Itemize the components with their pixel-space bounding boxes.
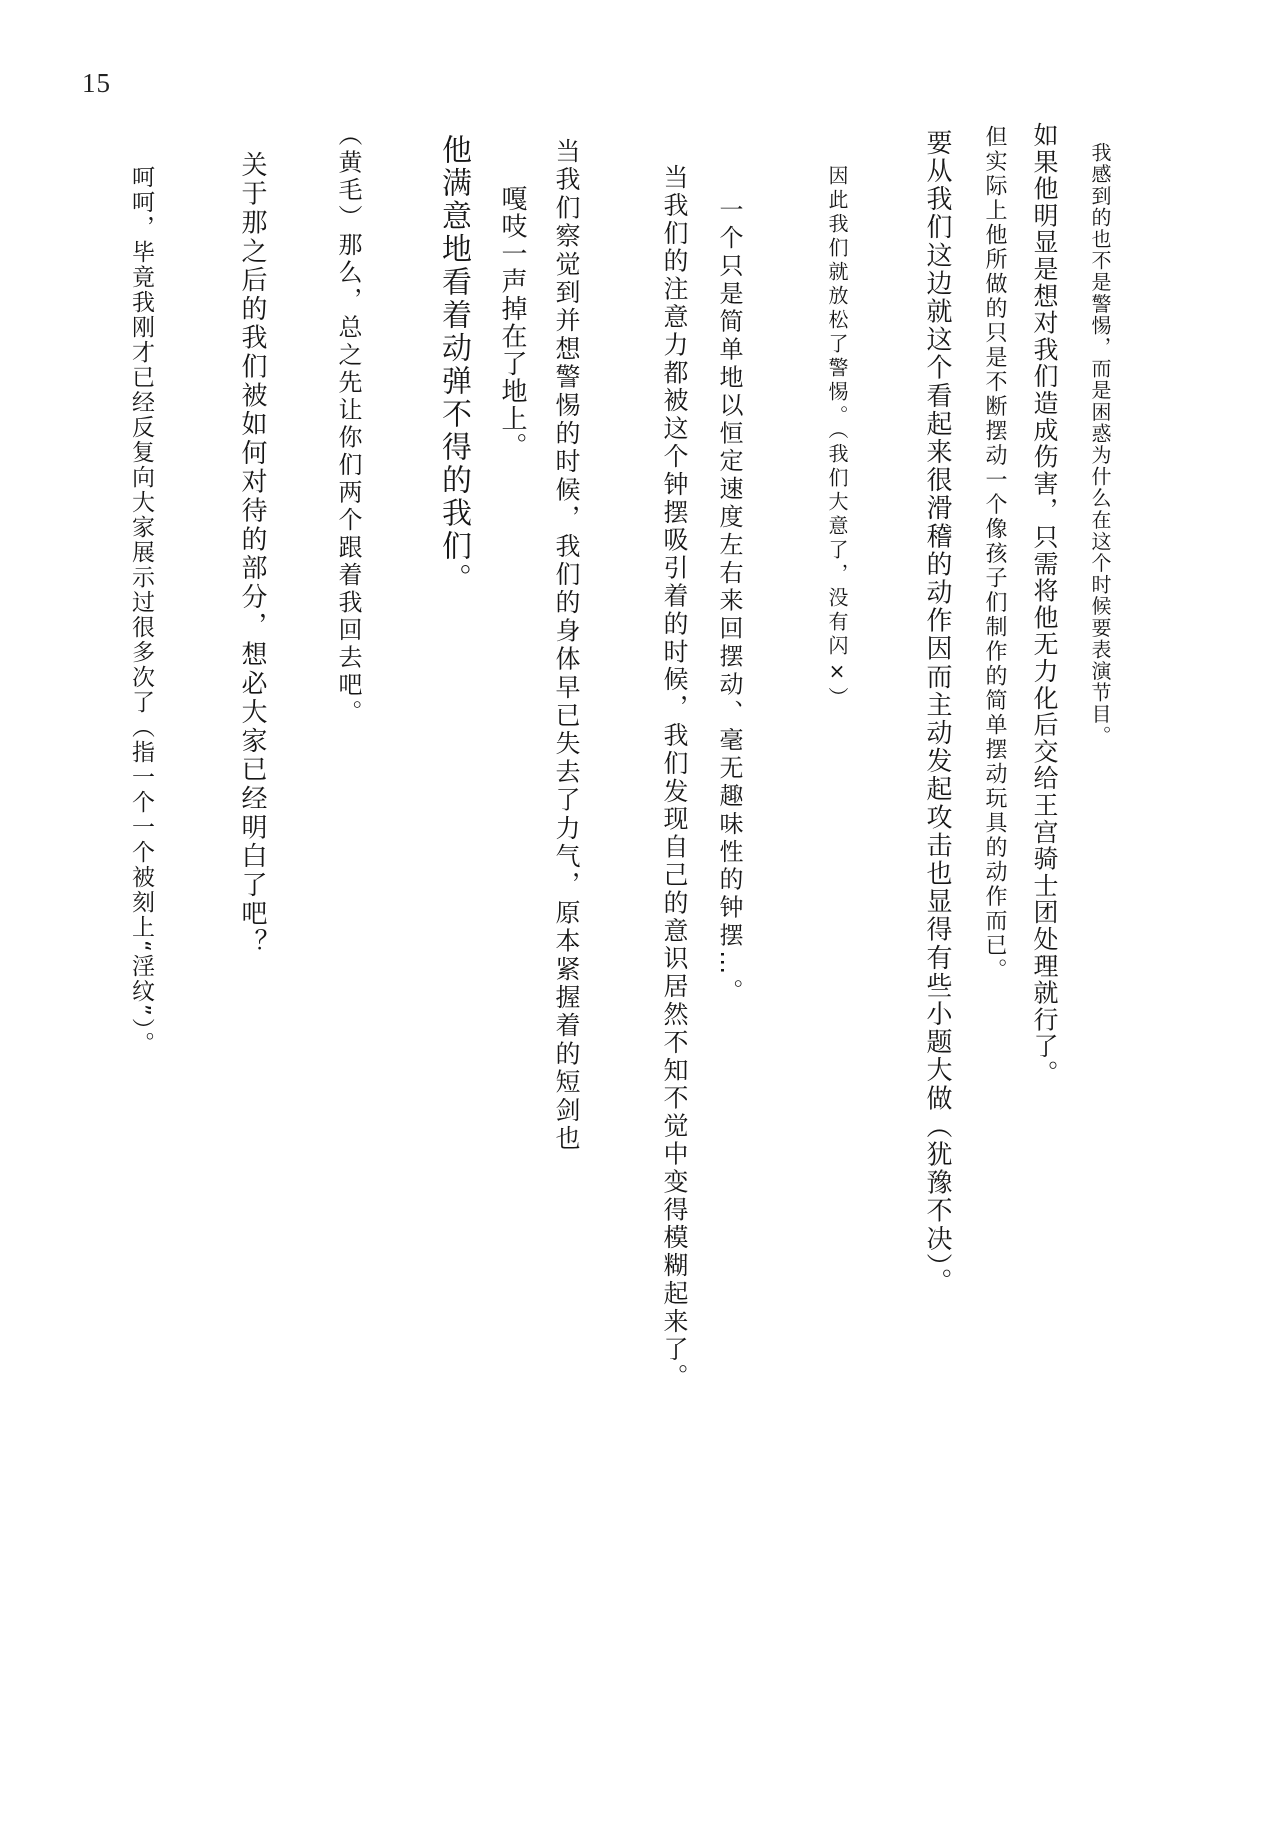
text-column-11: （黄毛）那么，总之先让你们两个跟着我回去吧。 — [336, 122, 360, 727]
text-column-3: 但实际上他所做的只是不断摆动一个像孩子们制作的简单摆动玩具的动作而已。 — [983, 125, 1005, 983]
text-column-4: 要从我们这边就这个看起来很滑稽的动作因而主动发起攻击也显得有些小题大做（犹豫不决… — [924, 129, 950, 1296]
text-column-1: 我感到的也不是警惕，而是困惑为什么在这个时候要表演节目。 — [1090, 142, 1110, 747]
document-page: 15 我感到的也不是警惕，而是困惑为什么在这个时候要表演节目。 如果他明显是想对… — [0, 0, 1280, 1824]
text-column-8: 当我们察觉到并想警惕的时候，我们的身体早已失去了力气，原本紧握着的短剑也 — [554, 138, 579, 1153]
text-column-10: 他满意地看着动弹不得的我们。 — [438, 134, 468, 596]
text-column-2: 如果他明显是想对我们造成伤害，只需将他无力化后交给王宫骑士团处理就行了。 — [1032, 122, 1057, 1087]
text-column-12: 关于那之后的我们被如何对待的部分，想必大家已经明白了吧？ — [239, 151, 265, 957]
text-column-6: 一个只是简单地以恒定速度左右来回摆动、毫无趣味性的钟摆…。 — [717, 197, 741, 1006]
text-column-13: 呵呵，毕竟我刚才已经反复向大家展示过很多次了（指一个一个被刻上“淫纹”）。 — [129, 165, 152, 1056]
text-column-7: 当我们的注意力都被这个钟摆吸引着的时候，我们发现自己的意识居然不知不觉中变得模糊… — [662, 164, 687, 1392]
text-column-5: 因此我们就放松了警惕。（我们大意了，没有闪×） — [827, 165, 847, 711]
page-number: 15 — [82, 70, 111, 97]
text-column-9: 嘎吱一声掉在了地上。 — [499, 185, 525, 460]
